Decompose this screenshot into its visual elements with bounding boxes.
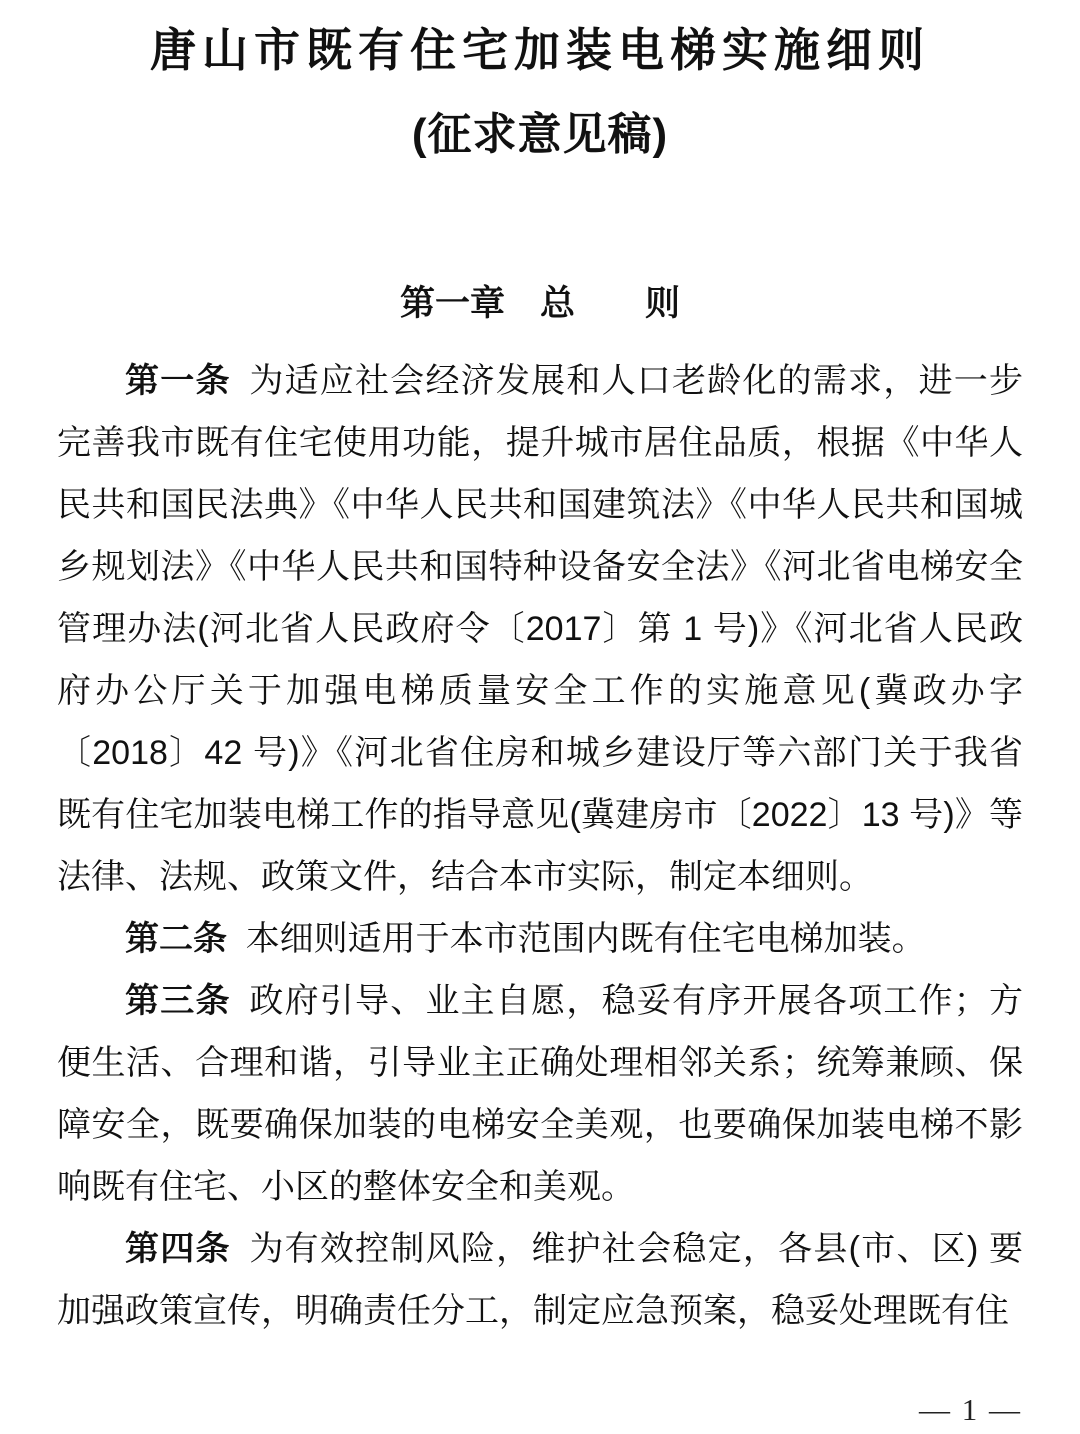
article-1-label: 第一条 (125, 362, 231, 400)
article-2: 第二条本细则适用于本市范围内既有住宅电梯加装。 (57, 908, 1023, 970)
article-2-text: 本细则适用于本市范围内既有住宅电梯加装。 (246, 920, 926, 958)
article-4: 第四条为有效控制风险，维护社会稳定，各县(市、区) 要加强政策宣传，明确责任分工… (57, 1218, 1023, 1342)
page-title: 唐山市既有住宅加装电梯实施细则 (57, 20, 1023, 80)
document-subtitle: (征求意见稿) (57, 106, 1023, 164)
document-body: 第一条为适应社会经济发展和人口老龄化的需求，进一步完善我市既有住宅使用功能，提升… (57, 350, 1023, 1342)
article-1: 第一条为适应社会经济发展和人口老龄化的需求，进一步完善我市既有住宅使用功能，提升… (57, 350, 1023, 908)
article-1-text: 为适应社会经济发展和人口老龄化的需求，进一步完善我市既有住宅使用功能，提升城市居… (57, 362, 1023, 896)
article-3-label: 第三条 (125, 982, 231, 1020)
article-3: 第三条政府引导、业主自愿，稳妥有序开展各项工作；方便生活、合理和谐，引导业主正确… (57, 970, 1023, 1218)
document-page: 唐山市既有住宅加装电梯实施细则 (征求意见稿) 第一章 总 则 第一条为适应社会… (0, 0, 1080, 1434)
article-4-label: 第四条 (125, 1230, 231, 1268)
article-2-label: 第二条 (125, 920, 227, 958)
page-number: — 1 — (919, 1392, 1022, 1428)
document-content: 唐山市既有住宅加装电梯实施细则 (征求意见稿) 第一章 总 则 第一条为适应社会… (0, 20, 1080, 1342)
chapter-heading: 第一章 总 则 (57, 282, 1023, 326)
